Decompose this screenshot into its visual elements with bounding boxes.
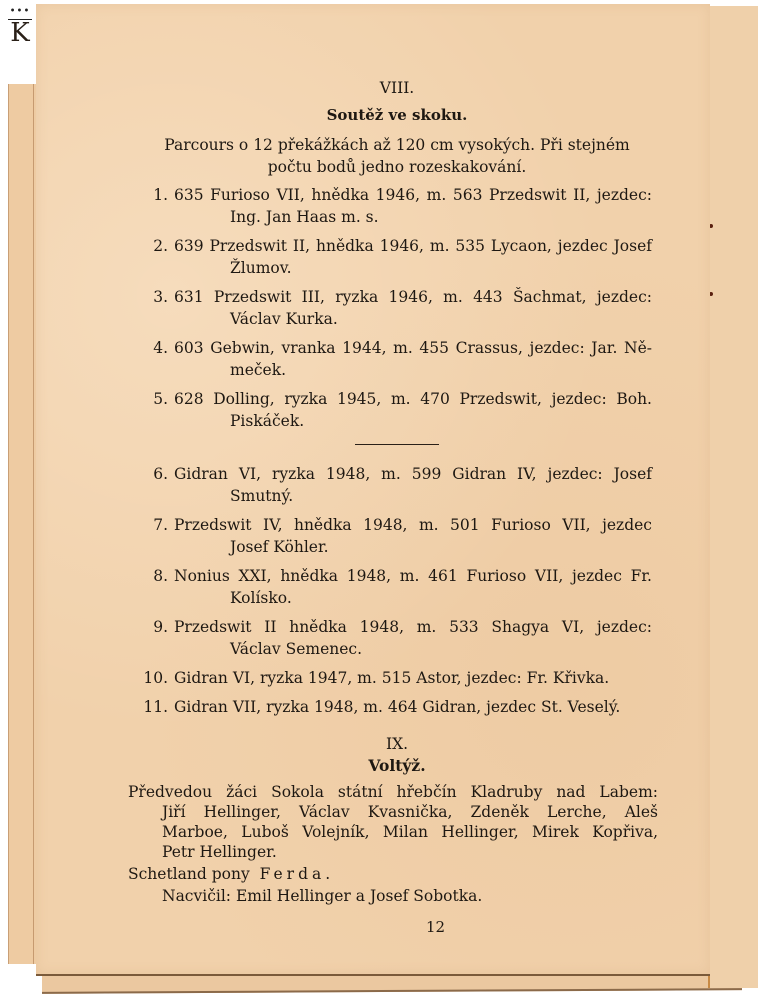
participants-line-1: Jiří Hellinger, Václav Kvasnička, Zdeněk… [162, 802, 658, 822]
pony-prefix: Schetland pony [128, 865, 250, 883]
pony-name: Ferda. [260, 865, 335, 883]
logo: ••• K [8, 8, 32, 48]
list-item: 2. 639 Przedswit II, hnědka 1946, m. 535… [142, 235, 652, 279]
entry-number: 10. [142, 667, 168, 689]
entry-line-2: Václav Kurka. [174, 308, 652, 330]
intro-line-1: Parcours o 12 překážkách až 120 cm vysok… [142, 134, 652, 156]
list-item: 7. Przedswit IV, hnědka 1948, m. 501 Fur… [142, 514, 652, 558]
entry-line-1: Gidran VII, ryzka 1948, m. 464 Gidran, j… [174, 696, 652, 718]
entry-line-1: Nonius XXI, hnědka 1948, m. 461 Furioso … [174, 565, 652, 587]
trainer-line: Nacvičil: Emil Hellinger a Josef Sobotka… [128, 886, 658, 906]
page-crease [33, 84, 34, 964]
section-ix: IX. Voltýž. Předvedou žáci Sokola státní… [142, 732, 652, 906]
entry-number: 3. [142, 286, 168, 330]
entry-line-2: Kolísko. [174, 587, 652, 609]
list-item: 8. Nonius XXI, hnědka 1948, m. 461 Furio… [142, 565, 652, 609]
entry-line-1: 603 Gebwin, vranka 1944, m. 455 Crassus,… [174, 337, 652, 359]
participants-line-3: Petr Hellinger. [162, 842, 658, 862]
entry-number: 2. [142, 235, 168, 279]
entries-list-group-1: 1. 635 Furioso VII, hnědka 1946, m. 563 … [142, 184, 652, 432]
section-viii-title: Soutěž ve skoku. [142, 100, 652, 128]
entry-line-1: 631 Przedswit III, ryzka 1946, m. 443 Ša… [174, 286, 652, 308]
entry-line-1: Przedswit II hnědka 1948, m. 533 Shagya … [174, 616, 652, 638]
participants-list: Jiří Hellinger, Václav Kvasnička, Zdeněk… [128, 802, 658, 862]
entry-number: 1. [142, 184, 168, 228]
list-item: 11. Gidran VII, ryzka 1948, m. 464 Gidra… [142, 696, 652, 718]
section-ix-body: Předvedou žáci Sokola státní hřebčín Kla… [128, 782, 658, 906]
section-ix-title: Voltýž. [142, 754, 652, 778]
entry-line-2: Ing. Jan Haas m. s. [174, 206, 652, 228]
entry-line-2: Václav Semenec. [174, 638, 652, 660]
page-number: 12 [426, 918, 445, 936]
adjacent-page-right [708, 6, 758, 988]
entry-number: 11. [142, 696, 168, 718]
page-content: VIII. Soutěž ve skoku. Parcours o 12 pře… [142, 74, 652, 906]
list-item: 1. 635 Furioso VII, hnědka 1946, m. 563 … [142, 184, 652, 228]
entry-line-1: Przedswit IV, hnědka 1948, m. 501 Furios… [174, 514, 652, 536]
section-divider [355, 444, 439, 445]
entry-line-1: 639 Przedswit II, hnědka 1946, m. 535 Ly… [174, 235, 652, 257]
entry-line-1: Gidran VI, ryzka 1947, m. 515 Astor, jez… [174, 667, 652, 689]
entry-line-2: Žlumov. [174, 257, 652, 279]
entry-line-2: meček. [174, 359, 652, 381]
entry-line-1: Gidran VI, ryzka 1948, m. 599 Gidran IV,… [174, 463, 652, 485]
entry-line-1: 635 Furioso VII, hnědka 1946, m. 563 Prz… [174, 184, 652, 206]
list-item: 9. Przedswit II hnědka 1948, m. 533 Shag… [142, 616, 652, 660]
entries-list-group-2: 6. Gidran VI, ryzka 1948, m. 599 Gidran … [142, 463, 652, 718]
entry-number: 9. [142, 616, 168, 660]
list-item: 6. Gidran VI, ryzka 1948, m. 599 Gidran … [142, 463, 652, 507]
entry-line-1: 628 Dolling, ryzka 1945, m. 470 Przedswi… [174, 388, 652, 410]
list-item: 4. 603 Gebwin, vranka 1944, m. 455 Crass… [142, 337, 652, 381]
list-item: 3. 631 Przedswit III, ryzka 1946, m. 443… [142, 286, 652, 330]
entry-number: 7. [142, 514, 168, 558]
logo-letter: K [8, 20, 32, 46]
entry-number: 8. [142, 565, 168, 609]
pony-line: Schetland pony Ferda. [128, 864, 658, 884]
entry-number: 6. [142, 463, 168, 507]
section-ix-intro: Předvedou žáci Sokola státní hřebčín Kla… [128, 782, 658, 802]
entry-line-2: Smutný. [174, 485, 652, 507]
list-item: 10. Gidran VI, ryzka 1947, m. 515 Astor,… [142, 667, 652, 689]
section-viii-intro: Parcours o 12 překážkách až 120 cm vysok… [142, 134, 652, 178]
participants-line-2: Marboe, Luboš Volejník, Milan Hellinger,… [162, 822, 658, 842]
section-ix-number: IX. [142, 732, 652, 754]
intro-line-2: počtu bodů jedno rozeskakování. [142, 156, 652, 178]
list-item: 5. 628 Dolling, ryzka 1945, m. 470 Przed… [142, 388, 652, 432]
entry-line-2: Piskáček. [174, 410, 652, 432]
entry-number: 5. [142, 388, 168, 432]
entry-line-2: Josef Köhler. [174, 536, 652, 558]
section-viii-number: VIII. [142, 76, 652, 100]
entry-number: 4. [142, 337, 168, 381]
document-page: VIII. Soutěž ve skoku. Parcours o 12 pře… [36, 4, 710, 976]
